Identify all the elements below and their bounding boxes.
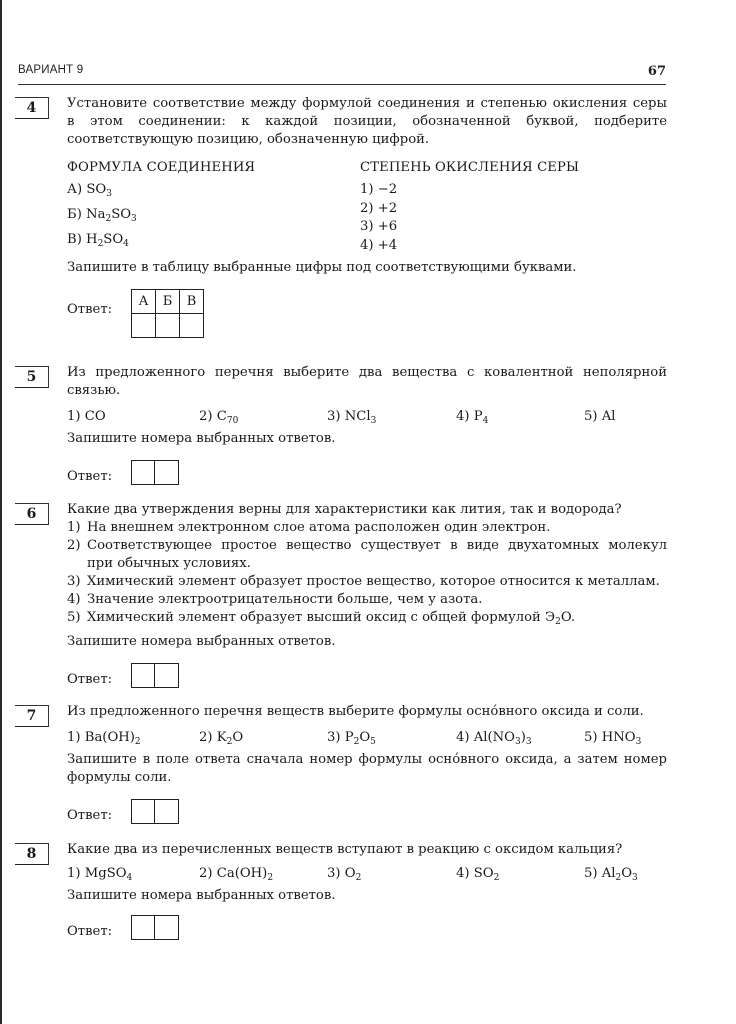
answer-row: Ответ: — [67, 460, 667, 494]
task-number: 6 — [15, 503, 49, 525]
column-header: СТЕПЕНЬ ОКИСЛЕНИЯ СЕРЫ — [360, 159, 579, 177]
answer-label: Ответ: — [67, 807, 112, 825]
answer-label: Ответ: — [67, 468, 112, 486]
matching-columns: ФОРМУЛА СОЕДИНЕНИЯ А) SO3 Б) Na2SO3 В) H… — [67, 159, 667, 255]
question: Какие два из перечисленных веществ вступ… — [67, 841, 667, 859]
answer-table: А Б В — [131, 289, 204, 338]
statement-3: 3)Химический элемент образует простое ве… — [67, 573, 667, 591]
formula-item: В) H2SO4 — [67, 231, 255, 256]
statement-1: 1)На внешнем электронном слое атома расп… — [67, 519, 667, 537]
options-row: 1) Ba(OH)2 2) K2O 3) P2O5 4) Al(NO3)3 5)… — [67, 729, 667, 751]
answer-row: Ответ: — [67, 663, 667, 697]
question-line: связью. — [67, 382, 667, 400]
instruction: Запишите номера выбранных ответов. — [67, 633, 667, 651]
options-row: 1) CO 2) C70 3) NCl3 4) P4 5) Al — [67, 408, 667, 430]
option-4: 4) Al(NO3)3 — [456, 729, 532, 747]
page-header: ВАРИАНТ 9 67 — [18, 62, 666, 85]
answer-cell-2[interactable] — [155, 461, 178, 484]
answer-column-header: В — [180, 290, 204, 314]
instruction-line: Запишите в поле ответа сначала номер фор… — [67, 751, 667, 769]
answer-box — [131, 915, 179, 940]
formula-item: А) SO3 — [67, 181, 255, 206]
variant-label: ВАРИАНТ 9 — [18, 64, 83, 76]
answer-row: Ответ: — [67, 915, 667, 949]
options-row: 1) MgSO4 2) Ca(OH)2 3) O2 4) SO2 5) Al2O… — [67, 865, 667, 887]
answer-cell-2[interactable] — [155, 800, 178, 823]
answer-cell-a[interactable] — [132, 314, 156, 338]
answer-cell-1[interactable] — [132, 664, 155, 687]
statement-5: 5)Химический элемент образует высший окс… — [67, 609, 667, 627]
answer-row: Ответ: — [67, 799, 667, 833]
oxidation-item: 4) +4 — [360, 237, 579, 256]
instruction-line: формулы соли. — [67, 769, 667, 787]
option-5: 5) HNO3 — [584, 729, 641, 747]
task-number: 4 — [15, 97, 49, 119]
answer-cell-v[interactable] — [180, 314, 204, 338]
oxidation-item: 3) +6 — [360, 218, 579, 237]
answer-box — [131, 460, 179, 485]
task-number: 5 — [15, 366, 49, 388]
question: Из предложенного перечня веществ выберит… — [67, 703, 667, 721]
answer-column-header: А — [132, 290, 156, 314]
option-1: 1) Ba(OH)2 — [67, 729, 141, 747]
instruction: Запишите в таблицу выбранные цифры под с… — [67, 259, 667, 277]
instruction: Запишите номера выбранных ответов. — [67, 430, 667, 448]
question-line: Установите соответствие между формулой с… — [67, 95, 667, 113]
oxidation-item: 2) +2 — [360, 200, 579, 219]
question: Какие два утверждения верны для характер… — [67, 501, 667, 519]
option-2: 2) C70 — [199, 408, 238, 426]
page-number: 67 — [648, 64, 666, 79]
answer-cell-2[interactable] — [155, 916, 178, 939]
question-line: Из предложенного перечня выберите два ве… — [67, 364, 667, 382]
answer-cell-b[interactable] — [156, 314, 180, 338]
answer-cell-1[interactable] — [132, 916, 155, 939]
oxidation-item: 1) −2 — [360, 181, 579, 200]
answer-cell-2[interactable] — [155, 664, 178, 687]
option-2: 2) K2O — [199, 729, 243, 747]
option-3: 3) O2 — [327, 865, 361, 883]
formula-item: Б) Na2SO3 — [67, 206, 255, 231]
option-5: 5) Al2O3 — [584, 865, 638, 883]
statement-2: 2)Соответствующее простое вещество сущес… — [67, 537, 667, 573]
answer-box — [131, 663, 179, 688]
column-header: ФОРМУЛА СОЕДИНЕНИЯ — [67, 159, 255, 177]
question-line: в этом соединении: к каждой позиции, обо… — [67, 113, 667, 131]
option-5: 5) Al — [584, 408, 616, 426]
statement-4: 4)Значение электроотрицательности больше… — [67, 591, 667, 609]
option-1: 1) MgSO4 — [67, 865, 132, 883]
answer-box — [131, 799, 179, 824]
option-3: 3) NCl3 — [327, 408, 376, 426]
oxidation-column: СТЕПЕНЬ ОКИСЛЕНИЯ СЕРЫ 1) −2 2) +2 3) +6… — [360, 159, 579, 255]
option-4: 4) P4 — [456, 408, 488, 426]
question-line: соответствующую позицию, обозначенную ци… — [67, 131, 667, 149]
answer-label: Ответ: — [67, 301, 112, 319]
option-3: 3) P2O5 — [327, 729, 376, 747]
answer-cell-1[interactable] — [132, 461, 155, 484]
option-2: 2) Ca(OH)2 — [199, 865, 273, 883]
option-4: 4) SO2 — [456, 865, 499, 883]
answer-cell-1[interactable] — [132, 800, 155, 823]
option-1: 1) CO — [67, 408, 106, 426]
task-number: 8 — [15, 843, 49, 865]
page-left-edge — [0, 0, 2, 1024]
answer-label: Ответ: — [67, 923, 112, 941]
answer-row: Ответ: А Б В — [67, 301, 667, 335]
answer-label: Ответ: — [67, 671, 112, 689]
instruction: Запишите номера выбранных ответов. — [67, 887, 667, 905]
formula-column: ФОРМУЛА СОЕДИНЕНИЯ А) SO3 Б) Na2SO3 В) H… — [67, 159, 255, 256]
task-number: 7 — [15, 705, 49, 727]
answer-column-header: Б — [156, 290, 180, 314]
